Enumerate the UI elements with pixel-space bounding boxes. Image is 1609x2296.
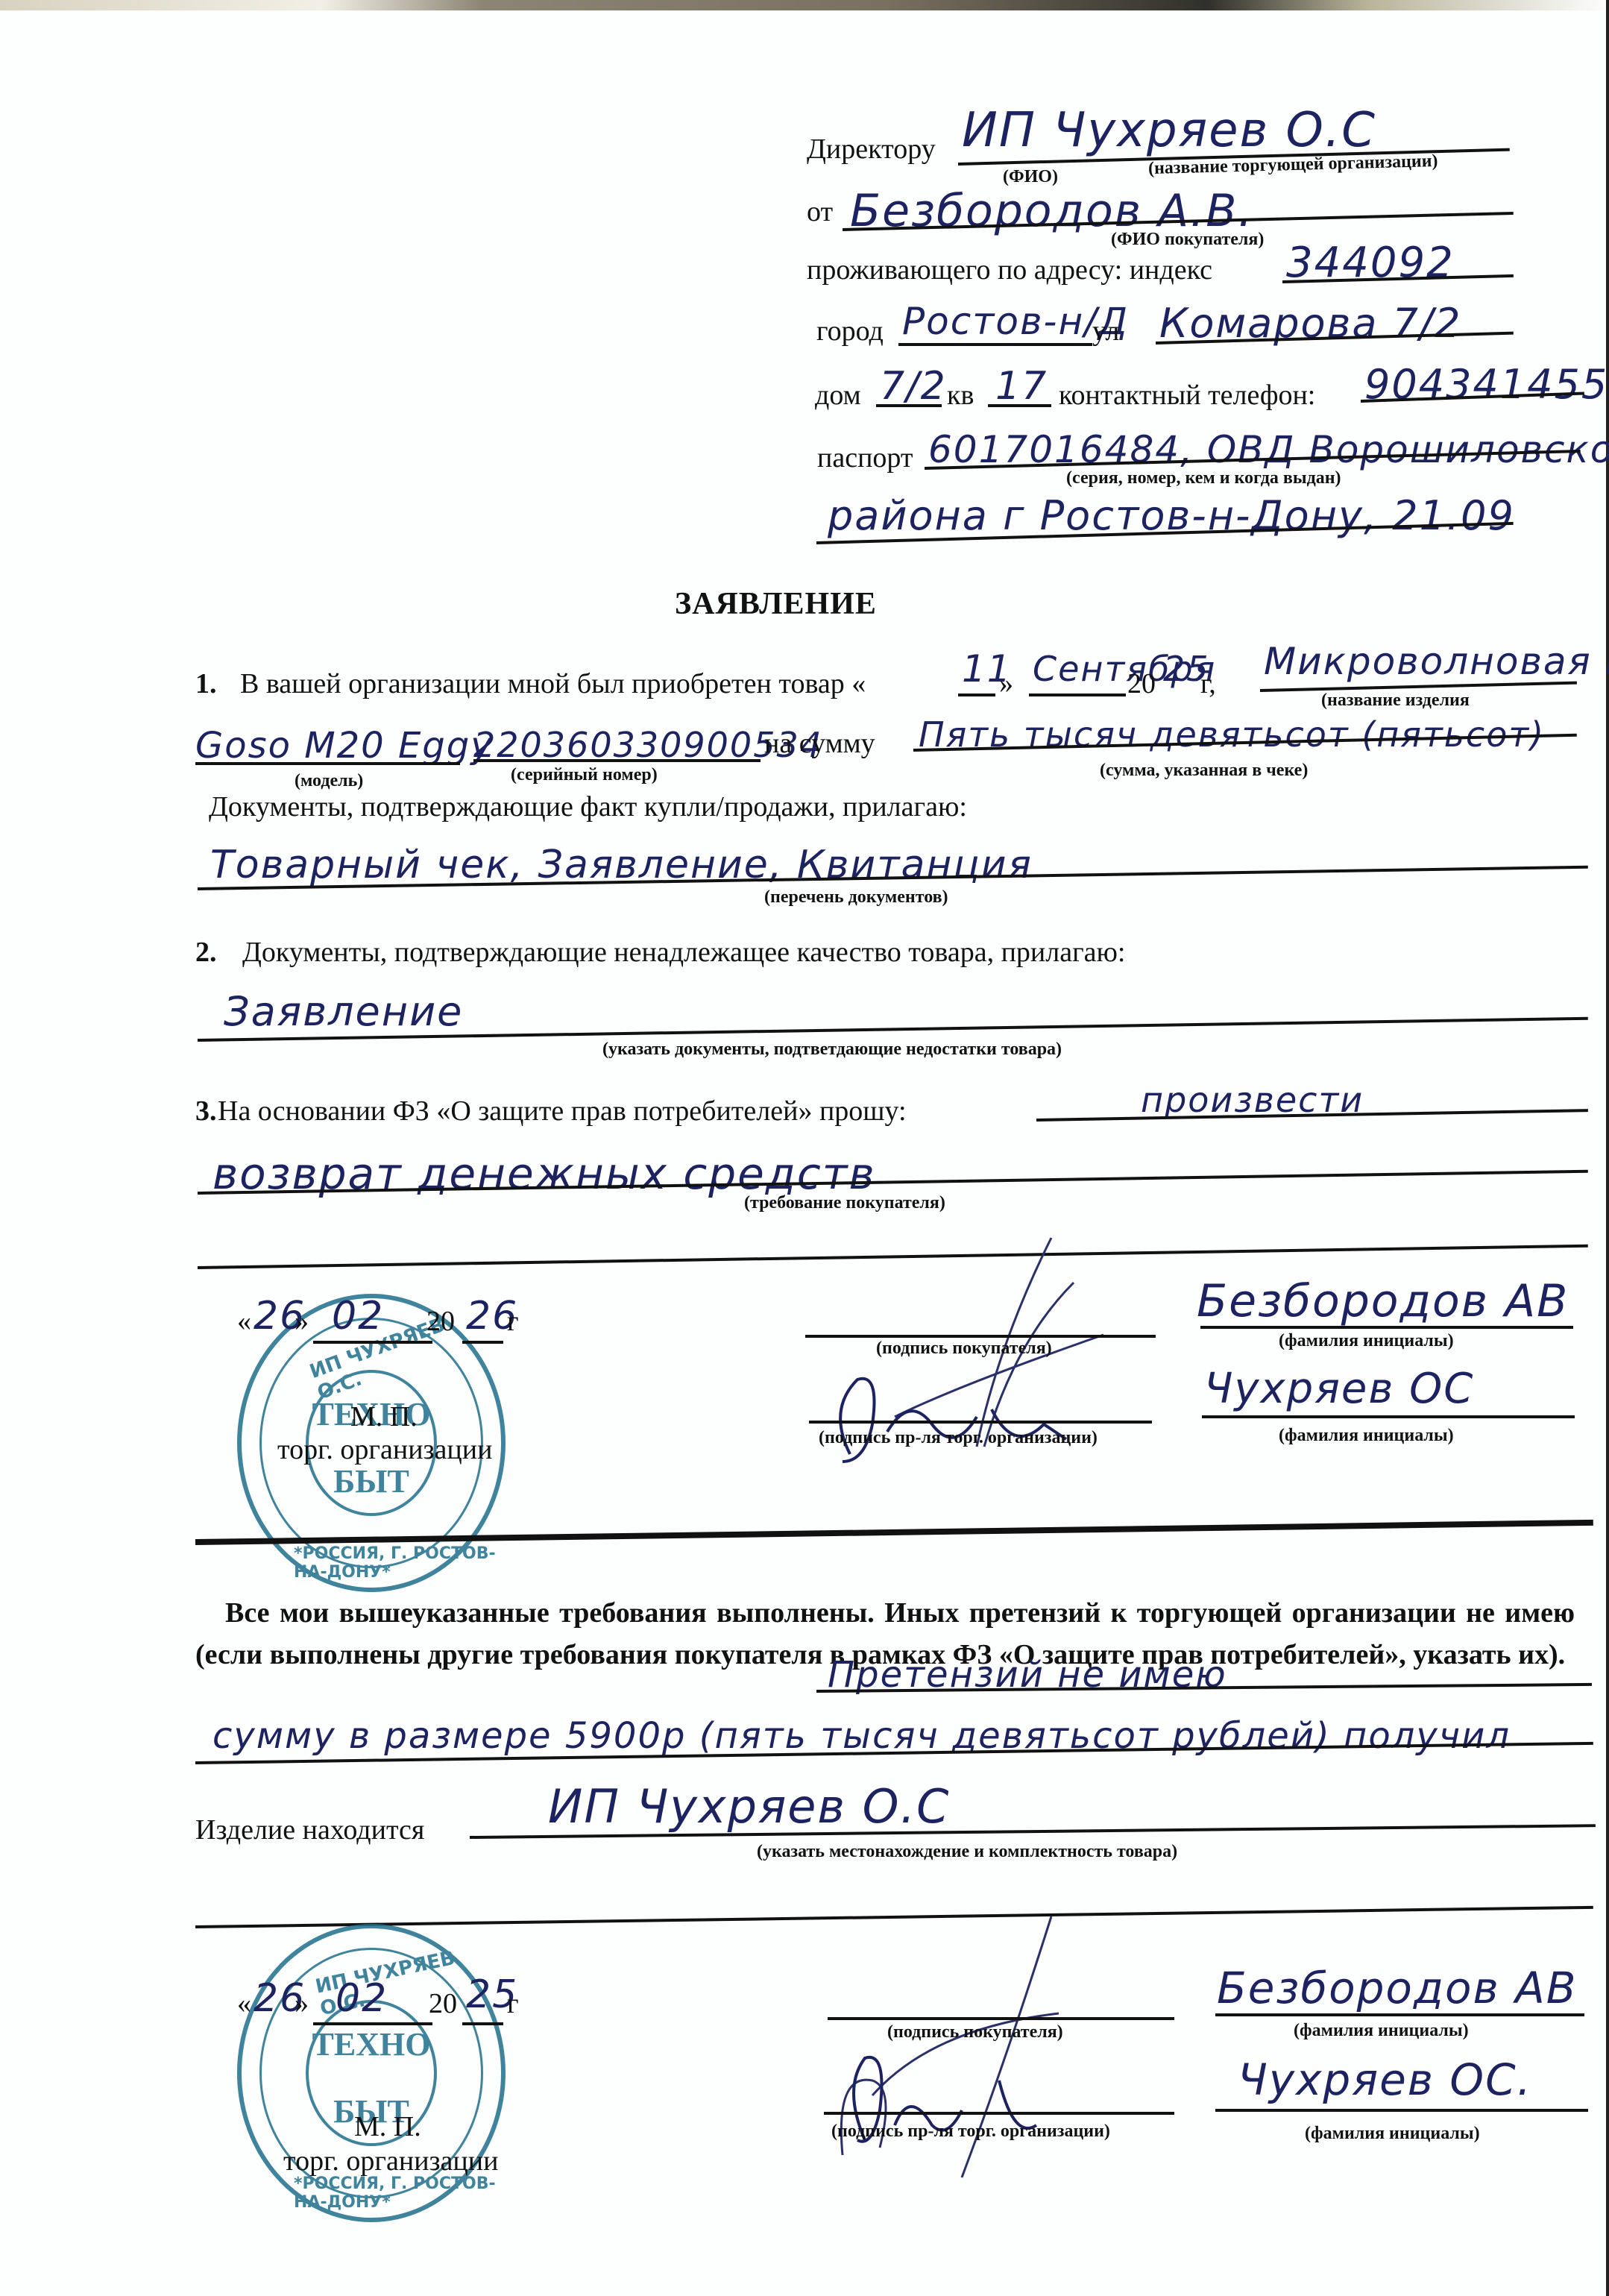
final-value-2[interactable]: сумму в размере 5900р (пять тысяч девять… <box>212 1715 1511 1757</box>
buyer-signature-2-line <box>828 2017 1174 2020</box>
city-underline <box>898 343 1092 346</box>
caption-location: (указать местонахождение и комплектность… <box>757 1842 1177 1862</box>
purchase-day-close: » <box>999 667 1013 700</box>
seller-name-2-line <box>1215 2109 1588 2112</box>
date-2-open: « <box>237 1987 251 2020</box>
phone-label: контактный телефон: <box>1059 379 1315 412</box>
caption-model: (модель) <box>295 771 363 791</box>
caption-buyer-sig-2: (подпись покупателя) <box>887 2022 1063 2042</box>
caption-name-2a: (фамилия инициалы) <box>1294 2021 1469 2041</box>
section-2-text: Документы, подтверждающие ненадлежащее к… <box>242 936 1125 969</box>
buyer-name-1[interactable]: Безбородов АВ <box>1197 1275 1569 1327</box>
seller-signature-1-line <box>809 1421 1152 1424</box>
date-1-month-underline <box>313 1341 432 1344</box>
flat-label: кв <box>947 379 974 412</box>
section-3-text: На основании ФЗ «О защите прав потребите… <box>218 1095 907 1127</box>
caption-name-1b: (фамилия инициалы) <box>1279 1426 1454 1446</box>
stamp-center-2: БЫТ <box>242 1462 501 1500</box>
caption-product: (название изделия <box>1321 691 1470 711</box>
caption-name-2b: (фамилия инициалы) <box>1305 2124 1480 2144</box>
director-value[interactable]: ИП Чухряев О.С <box>962 103 1376 158</box>
director-label: Директору <box>807 133 936 166</box>
date-1-year-prefix: 20 <box>426 1305 455 1338</box>
date-1-year-underline <box>462 1341 503 1344</box>
purchase-year-prefix: 20 <box>1127 667 1156 700</box>
flat-underline <box>988 404 1051 407</box>
street-label: ул <box>1092 315 1119 347</box>
seller-name-2[interactable]: Чухряев ОС. <box>1238 2054 1532 2105</box>
seller-name-1-line <box>1202 1415 1575 1418</box>
location-label: Изделие находится <box>195 1814 424 1846</box>
product-model[interactable]: Goso M20 Eggy <box>195 725 494 767</box>
date-2-month[interactable]: 02 <box>336 1976 388 2021</box>
photo-edge-right <box>1606 0 1609 2296</box>
buyer-name-2-line <box>1215 2013 1584 2016</box>
mp-2: М. П. <box>354 2110 421 2143</box>
caption-fio: (ФИО) <box>1003 167 1058 187</box>
serial-underline <box>473 759 761 762</box>
date-2-close: » <box>295 1987 309 2020</box>
date-1-month[interactable]: 02 <box>332 1294 384 1339</box>
seller-signature-1 <box>820 1365 1163 1484</box>
stamp-2-bottom-arc: *РОССИЯ, Г. РОСТОВ-НА-ДОНУ* <box>294 2174 501 2212</box>
city-label: город <box>816 315 884 347</box>
model-underline <box>195 762 460 765</box>
stamp-bottom-arc: *РОССИЯ, Г. РОСТОВ-НА-ДОНУ* <box>294 1544 501 1582</box>
house-label: дом <box>815 379 861 412</box>
caption-name-1a: (фамилия инициалы) <box>1279 1331 1454 1351</box>
house-underline <box>876 404 942 407</box>
stamp-2-center-1: ТЕХНО <box>242 2025 501 2063</box>
seller-signature-2-line <box>824 2112 1174 2115</box>
caption-buyer: (ФИО покупателя) <box>1111 230 1264 250</box>
purchase-year-suffix: г, <box>1200 667 1216 700</box>
flat-value[interactable]: 17 <box>995 364 1048 409</box>
house-value[interactable]: 7/2 <box>880 364 947 409</box>
mp-1-org: торг. организации <box>277 1433 492 1466</box>
buyer-name-1-line <box>1200 1326 1573 1329</box>
purchase-month-underline <box>1029 693 1126 696</box>
caption-demand: (требование покупателя) <box>744 1193 945 1213</box>
section-2-number: 2. <box>195 936 217 969</box>
from-label: от <box>807 195 833 228</box>
passport-label: паспорт <box>817 441 913 474</box>
caption-serial: (серийный номер) <box>511 765 658 785</box>
section-3-number: 3. <box>195 1095 217 1127</box>
date-2-month-underline <box>313 2022 432 2025</box>
purchase-day-underline <box>958 693 995 696</box>
location-value[interactable]: ИП Чухряев О.С <box>548 1779 950 1834</box>
sum-label: на сумму <box>764 727 875 760</box>
caption-buyer-sig-1: (подпись покупателя) <box>876 1339 1052 1359</box>
purchase-docs-label: Документы, подтверждающие факт купли/про… <box>209 790 967 823</box>
caption-defect-docs: (указать документы, подтветдающие недост… <box>602 1040 1062 1060</box>
date-2-year-prefix: 20 <box>429 1987 457 2020</box>
buyer-name-2[interactable]: Безбородов АВ <box>1217 1963 1578 2013</box>
section-1-number: 1. <box>195 667 217 700</box>
date-2-year-suffix: г <box>507 1987 519 2020</box>
caption-docs: (перечень документов) <box>764 887 948 908</box>
mp-1: М. П. <box>350 1400 418 1433</box>
caption-passport: (серия, номер, кем и когда выдан) <box>1066 468 1341 488</box>
mp-2-org: торг. организации <box>283 2145 498 2177</box>
date-1-year-suffix: г <box>507 1305 519 1338</box>
date-1-close: » <box>295 1305 309 1338</box>
photo-edge-background <box>0 0 1609 10</box>
caption-sum: (сумма, указанная в чеке) <box>1100 761 1308 781</box>
defect-docs-value[interactable]: Заявление <box>224 988 463 1035</box>
buyer-signature-1-line <box>805 1335 1156 1338</box>
caption-seller-sig-2: (подпись пр-ля торг. организации) <box>831 2122 1110 2142</box>
date-1-open: « <box>237 1305 251 1338</box>
company-stamp-2: ИП ЧУХРЯЕВ О.С. ТЕХНО БЫТ *РОССИЯ, Г. РО… <box>237 1924 506 2222</box>
caption-seller-sig-1: (подпись пр-ля торг. организации) <box>819 1428 1098 1448</box>
seller-signature-2 <box>835 2043 1148 2163</box>
seller-name-1[interactable]: Чухряев ОС <box>1204 1365 1474 1413</box>
date-2-year-underline <box>462 2022 503 2025</box>
document-title: ЗАЯВЛЕНИЕ <box>675 586 877 622</box>
address-label: проживающего по адресу: индекс <box>807 254 1212 286</box>
section-1-text: В вашей организации мной был приобретен … <box>240 667 866 700</box>
product-name[interactable]: Микроволновая печь <box>1264 640 1609 683</box>
